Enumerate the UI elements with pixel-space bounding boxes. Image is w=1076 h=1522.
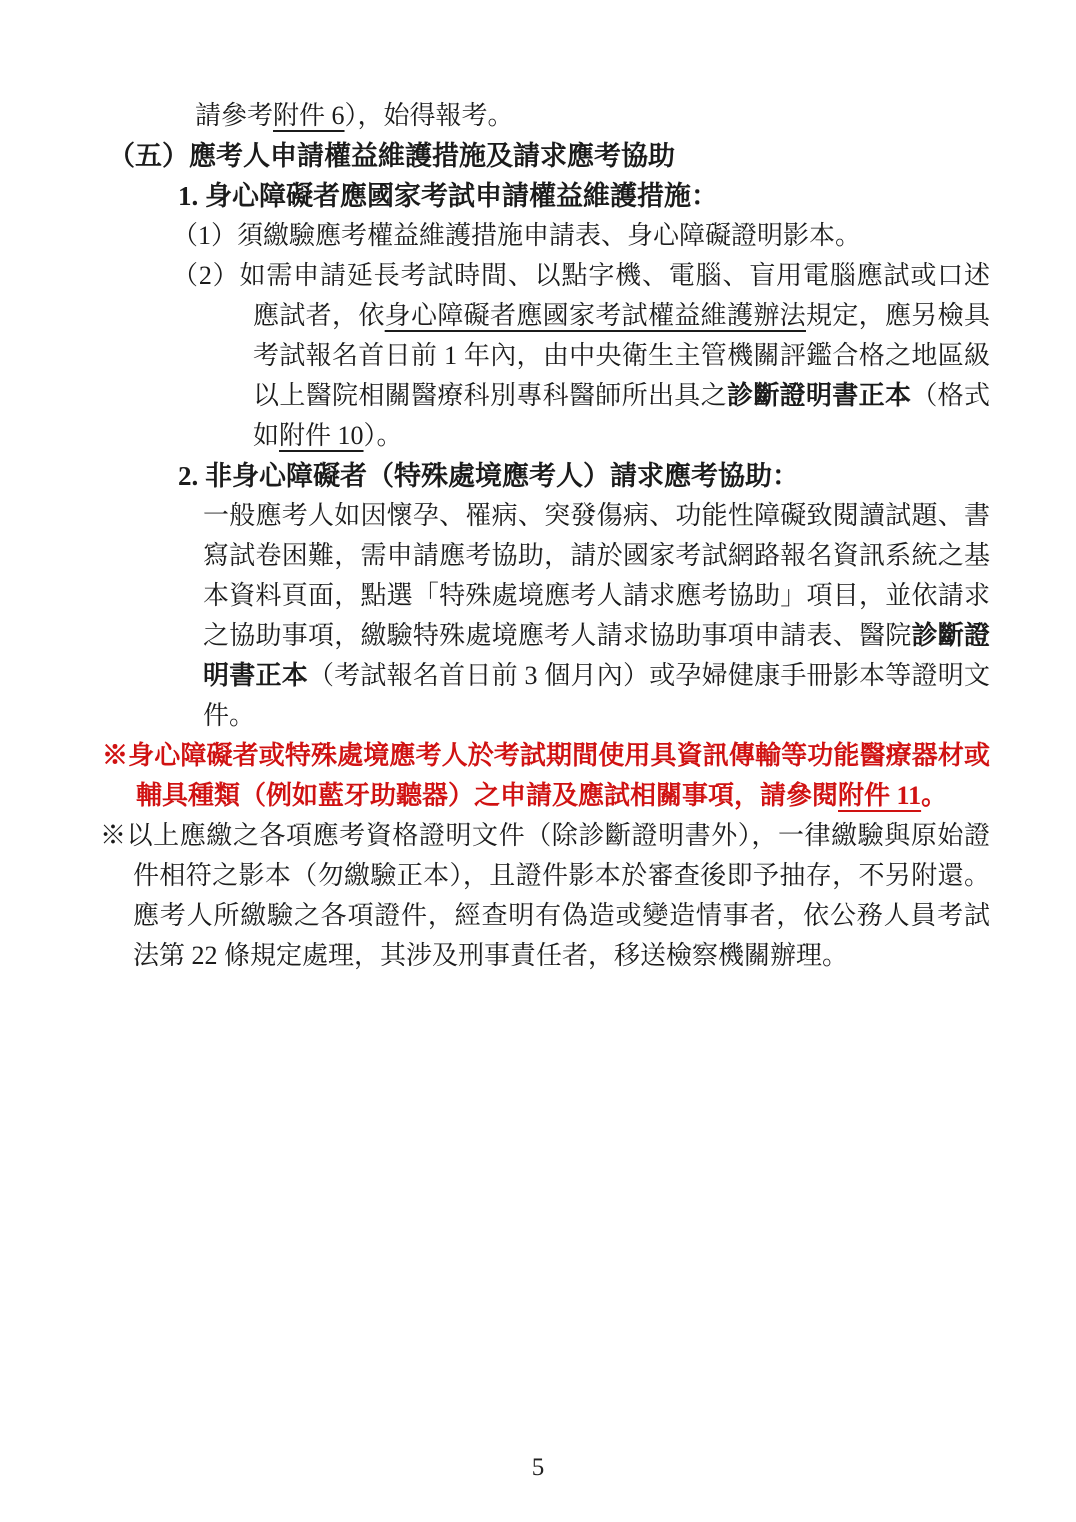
document-page: 請參考附件 6），始得報考。 （五）應考人申請權益維護措施及請求應考協助 1. …	[0, 0, 1076, 1522]
item-1-heading: 1. 身心障礙者應國家考試申請權益維護措施：	[178, 176, 1016, 216]
item-1-sub-2: （2）如需申請延長考試時間、以點字機、電腦、盲用電腦應試或口述應試者，依身心障礙…	[253, 256, 990, 456]
item-1-sub-1: （1）須繳驗應考權益維護措施申請表、身心障礙證明影本。	[172, 216, 1016, 256]
attachment-11-reference: 附件 11	[838, 781, 921, 810]
sub-2-text-4: ）。	[364, 421, 403, 450]
law-name-reference: 身心障礙者應國家考試權益維護辦法	[385, 301, 806, 330]
black-asterisk-note: ※以上應繳之各項應考資格證明文件（除診斷證明書外），一律繳驗與原始證件相符之影本…	[133, 816, 990, 976]
intro-line: 請參考附件 6），始得報考。	[195, 96, 990, 136]
item-2-heading: 2. 非身心障礙者（特殊處境應考人）請求應考協助：	[178, 456, 1016, 496]
page-number: 5	[0, 1448, 1076, 1488]
red-asterisk-note: ※身心障礙者或特殊處境應考人於考試期間使用具資訊傳輸等功能醫療器材或輔具種類（例…	[136, 736, 990, 816]
red-note-text-2: 。	[921, 781, 947, 810]
intro-line-post: ），始得報考。	[345, 101, 514, 130]
item-2-body: 一般應考人如因懷孕、罹病、突發傷病、功能性障礙致閱讀試題、書寫試卷困難，需申請應…	[203, 496, 990, 736]
section-5-heading: （五）應考人申請權益維護措施及請求應考協助	[108, 136, 1016, 176]
attachment-10-reference: 附件 10	[279, 421, 364, 450]
diagnosis-certificate-emphasis: 診斷證明書正本	[727, 381, 911, 410]
intro-line-pre: 請參考	[195, 101, 273, 130]
attachment-6-reference: 附件 6	[273, 101, 345, 130]
item-2-text-2: （考試報名首日前 3 個月內）或孕婦健康手冊影本等證明文件。	[203, 661, 990, 730]
item-2-text-1: 一般應考人如因懷孕、罹病、突發傷病、功能性障礙致閱讀試題、書寫試卷困難，需申請應…	[203, 501, 990, 650]
